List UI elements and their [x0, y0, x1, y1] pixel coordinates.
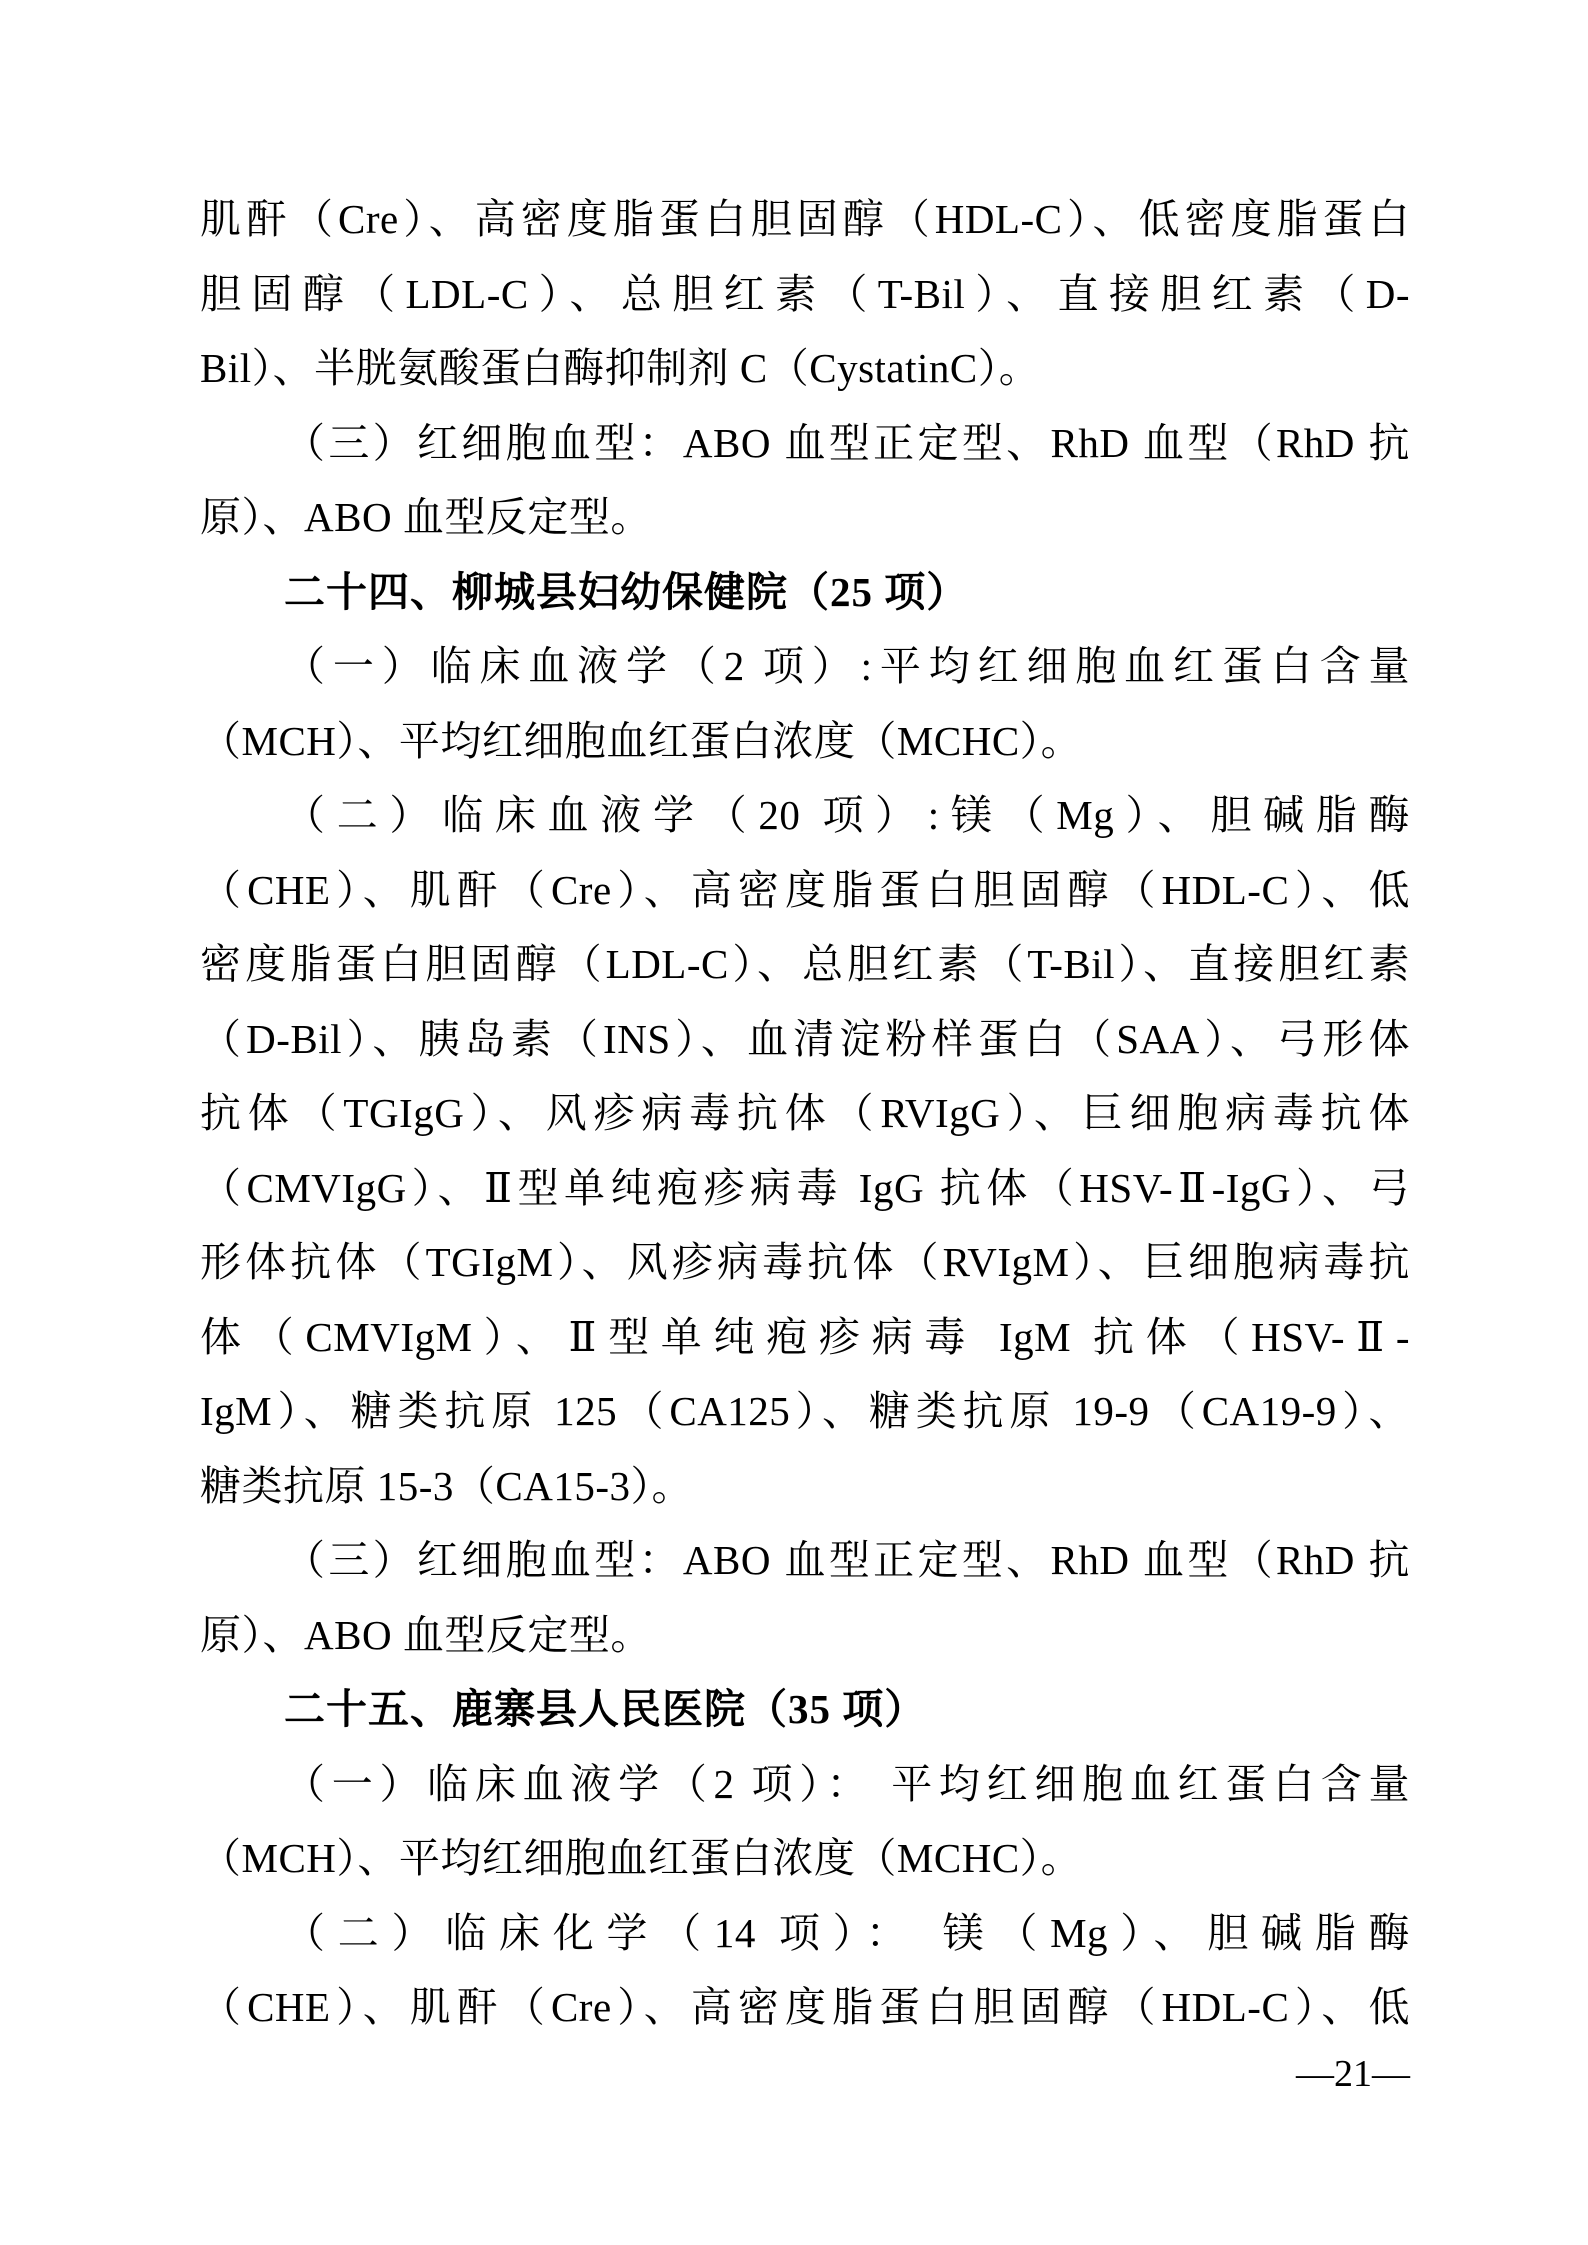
section-heading: 二十五、鹿寨县人民医院（35 项） — [200, 1672, 1410, 1747]
text-line: （MCH）、平均红细胞血红蛋白浓度（MCHC）。 — [200, 1821, 1410, 1896]
text-line: 胆固醇（LDL-C）、总胆红素（T-Bil）、直接胆红素（D- — [200, 257, 1410, 332]
text-line: 糖类抗原 15-3（CA15-3）。 — [200, 1449, 1410, 1524]
text-line: 肌酐（Cre）、高密度脂蛋白胆固醇（HDL-C）、低密度脂蛋白 — [200, 182, 1410, 257]
text-line: （CHE）、肌酐（Cre）、高密度脂蛋白胆固醇（HDL-C）、低 — [200, 1970, 1410, 2045]
text-line: （CMVIgG）、Ⅱ型单纯疱疹病毒 IgG 抗体（HSV-Ⅱ-IgG）、弓 — [200, 1151, 1410, 1226]
text-line: 体（CMVIgM）、Ⅱ型单纯疱疹病毒 IgM 抗体（HSV-Ⅱ- — [200, 1300, 1410, 1375]
text-line: （CHE）、肌酐（Cre）、高密度脂蛋白胆固醇（HDL-C）、低 — [200, 853, 1410, 928]
document-page: 肌酐（Cre）、高密度脂蛋白胆固醇（HDL-C）、低密度脂蛋白胆固醇（LDL-C… — [0, 0, 1588, 2245]
text-line: 原）、ABO 血型反定型。 — [200, 480, 1410, 555]
page-number: —21— — [1296, 2052, 1410, 2096]
text-line: 抗体（TGIgG）、风疹病毒抗体（RVIgG）、巨细胞病毒抗体 — [200, 1076, 1410, 1151]
text-line: 密度脂蛋白胆固醇（LDL-C）、总胆红素（T-Bil）、直接胆红素 — [200, 927, 1410, 1002]
text-line: （D-Bil）、胰岛素（INS）、血清淀粉样蛋白（SAA）、弓形体 — [200, 1002, 1410, 1077]
text-line: （MCH）、平均红细胞血红蛋白浓度（MCHC）。 — [200, 704, 1410, 779]
text-line: 形体抗体（TGIgM）、风疹病毒抗体（RVIgM）、巨细胞病毒抗 — [200, 1225, 1410, 1300]
section-heading: 二十四、柳城县妇幼保健院（25 项） — [200, 555, 1410, 630]
text-line: 原）、ABO 血型反定型。 — [200, 1598, 1410, 1673]
document-body: 肌酐（Cre）、高密度脂蛋白胆固醇（HDL-C）、低密度脂蛋白胆固醇（LDL-C… — [200, 182, 1410, 2045]
text-line: Bil）、半胱氨酸蛋白酶抑制剂 C（CystatinC）。 — [200, 331, 1410, 406]
text-line: （一）临床血液学（2 项）:平均红细胞血红蛋白含量 — [200, 629, 1410, 704]
text-line: （三）红细胞血型：ABO 血型正定型、RhD 血型（RhD 抗 — [200, 1523, 1410, 1598]
text-line: IgM）、糖类抗原 125（CA125）、糖类抗原 19-9（CA19-9）、 — [200, 1374, 1410, 1449]
text-line: （一）临床血液学（2 项）： 平均红细胞血红蛋白含量 — [200, 1747, 1410, 1822]
text-line: （二）临床化学（14 项）： 镁（Mg）、胆碱脂酶 — [200, 1896, 1410, 1971]
text-line: （三）红细胞血型：ABO 血型正定型、RhD 血型（RhD 抗 — [200, 406, 1410, 481]
text-line: （二）临床血液学（20 项）:镁（Mg）、胆碱脂酶 — [200, 778, 1410, 853]
